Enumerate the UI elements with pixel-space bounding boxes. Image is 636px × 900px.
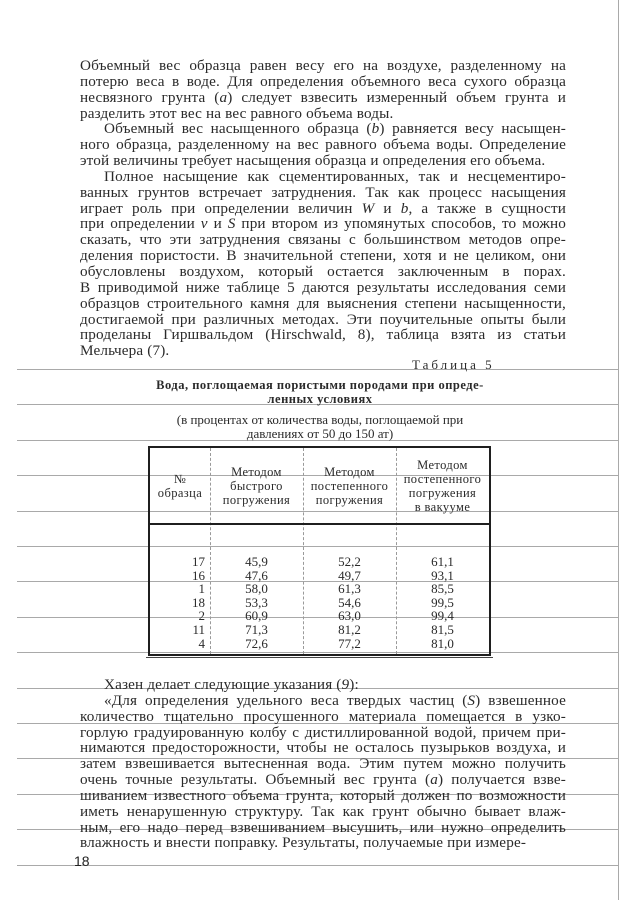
text-line: Объемный вес насыщенного образца (b) рав… [80, 121, 566, 137]
paragraph: «Для определения удельного веса твердых … [80, 693, 566, 851]
text-line: очень точные результаты. Объемный вес гр… [80, 772, 566, 788]
table-cell: 60,9 [210, 609, 303, 623]
text-line: В приводимой ниже таблице 5 даются резул… [80, 280, 566, 296]
text-line: влажность и внести поправку. Результаты,… [80, 835, 566, 851]
table-cell: 61,3 [303, 582, 396, 596]
column-fast-values: 45,947,658,053,360,971,372,6 [210, 555, 303, 650]
table-title: Вода, поглощаемая пористыми породами при… [140, 378, 500, 406]
vertical-margin-rule [618, 0, 619, 900]
text-line: потерю веса в воде. Для определения объе… [80, 74, 566, 90]
text-line: ванных грунтов встречает затруднения. Та… [80, 185, 566, 201]
text-line: образцов строительного камня для выяснен… [80, 296, 566, 312]
header-fast: Методомбыстрогопогружения [210, 448, 303, 523]
header-sample: №образца [150, 448, 210, 523]
horizontal-rule-line [17, 865, 618, 866]
paragraph: Хазен делает следующие указания (9): [80, 677, 566, 693]
header-label: №образца [158, 472, 202, 500]
table-bottom-rule [146, 657, 493, 658]
table-cell: 54,6 [303, 596, 396, 610]
horizontal-rule-line [17, 369, 618, 370]
table-cell: 81,0 [396, 637, 489, 651]
table-cell: 1 [150, 582, 205, 596]
text-line: Хазен делает следующие указания (9): [80, 677, 566, 693]
text-line: количество тщательно просушенного матери… [80, 709, 566, 725]
table-cell: 49,7 [303, 569, 396, 583]
text-line: обусловлены воздухом, который остается з… [80, 264, 566, 280]
text-line: деления пористости. В значительной степе… [80, 248, 566, 264]
table-cell: 63,0 [303, 609, 396, 623]
table-subtitle-line: (в процентах от количества воды, поглоща… [140, 413, 500, 427]
table-cell: 72,6 [210, 637, 303, 651]
column-sample-values: 17161182114 [150, 555, 205, 650]
text-line: несвязного грунта (a) следует взвесить и… [80, 90, 566, 106]
text-line: затем взвешивается вытесненная вода. Эти… [80, 756, 566, 772]
header-divider [150, 523, 489, 525]
table-cell: 45,9 [210, 555, 303, 569]
table-cell: 4 [150, 637, 205, 651]
paragraph: Объемный вес насыщенного образца (b) рав… [80, 121, 566, 169]
table-cell: 85,5 [396, 582, 489, 596]
table-title-line: Вода, поглощаемая пористыми породами при… [140, 378, 500, 392]
table-cell: 93,1 [396, 569, 489, 583]
text-line: горлую градуированную колбу с дистиллиро… [80, 725, 566, 741]
header-label: Методомпостепенногопогружения [311, 465, 389, 507]
text-line: этой величины требует насыщения образца … [80, 153, 566, 169]
text-line: при определении v и S при втором из упом… [80, 216, 566, 232]
table-cell: 77,2 [303, 637, 396, 651]
table-subtitle: (в процентах от количества воды, поглоща… [140, 413, 500, 441]
paragraph: Объемный вес образца равен весу его на в… [80, 58, 566, 121]
text-line: разделить этот вес на вес равного объема… [80, 106, 566, 122]
table-cell: 99,5 [396, 596, 489, 610]
data-table: №образца Методомбыстрогопогружения Метод… [148, 446, 491, 656]
table-cell: 99,4 [396, 609, 489, 623]
table-cell: 52,2 [303, 555, 396, 569]
text-line: «Для определения удельного веса твердых … [80, 693, 566, 709]
text-line: ного образца, разделенному на вес равног… [80, 137, 566, 153]
table-cell: 81,2 [303, 623, 396, 637]
text-line: Объемный вес образца равен весу его на в… [80, 58, 566, 74]
header-label: Методомпостепенногопогруженияв вакууме [404, 458, 482, 514]
paragraph: Полное насыщение как сцементированных, т… [80, 169, 566, 359]
header-gradual: Методомпостепенногопогружения [303, 448, 396, 523]
table-subtitle-line: давлениях от 50 до 150 ат) [140, 427, 500, 441]
page-number: 18 [74, 853, 90, 869]
table-cell: 11 [150, 623, 205, 637]
body-text-top: Объемный вес образца равен весу его на в… [80, 58, 566, 359]
header-vacuum: Методомпостепенногопогруженияв вакууме [396, 448, 489, 523]
text-line: шиванием известного объема грунта, котор… [80, 788, 566, 804]
table-cell: 17 [150, 555, 205, 569]
column-vacuum-values: 61,193,185,599,599,481,581,0 [396, 555, 489, 650]
text-line: нимаются предосторожности, чтобы не оста… [80, 740, 566, 756]
table-cell: 58,0 [210, 582, 303, 596]
text-line: сказать, что эти затруднения связаны с б… [80, 232, 566, 248]
text-line: иметь ненарушенную структуру. Так как гр… [80, 804, 566, 820]
table-title-line: ленных условиях [140, 392, 500, 406]
column-gradual-values: 52,249,761,354,663,081,277,2 [303, 555, 396, 650]
table-cell: 81,5 [396, 623, 489, 637]
table-cell: 47,6 [210, 569, 303, 583]
text-line: играет роль при определении величин W и … [80, 201, 566, 217]
table-cell: 61,1 [396, 555, 489, 569]
table-cell: 16 [150, 569, 205, 583]
table-cell: 53,3 [210, 596, 303, 610]
table-cell: 71,3 [210, 623, 303, 637]
text-line: ным, его надо перед взвешиванием высушит… [80, 820, 566, 836]
text-line: достигаемой при различных методах. Эти п… [80, 312, 566, 328]
text-line: проделаны Гиршвальдом (Hirschwald, 8), т… [80, 327, 566, 343]
text-line: Полное насыщение как сцементированных, т… [80, 169, 566, 185]
body-text-bottom: Хазен делает следующие указания (9):«Для… [80, 677, 566, 851]
table-cell: 2 [150, 609, 205, 623]
table-label: Таблица 5 [412, 357, 495, 373]
table-cell: 18 [150, 596, 205, 610]
header-label: Методомбыстрогопогружения [223, 465, 290, 507]
